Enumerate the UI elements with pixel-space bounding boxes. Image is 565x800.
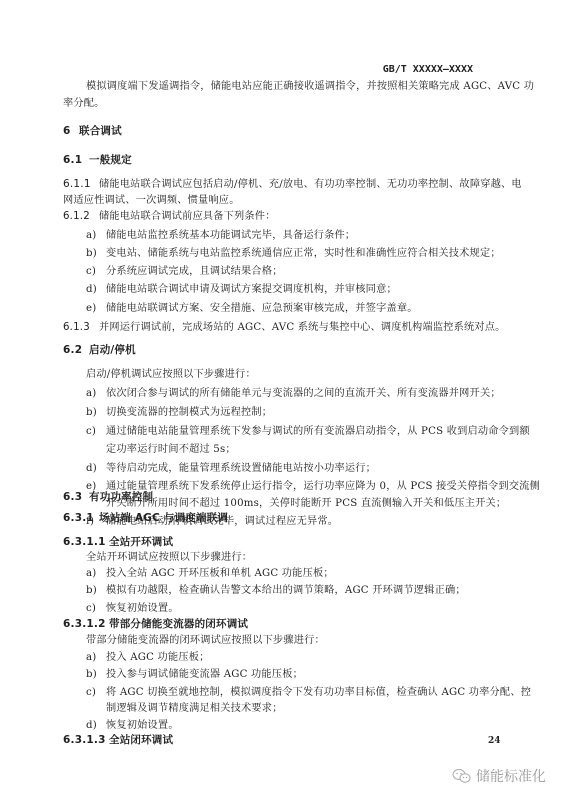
standard-code-header: GB/T XXXXX—XXXX — [383, 64, 473, 75]
list-item: e)储能电站联调试方案、安全措施、应急预案审核完成，并签字盖章。 — [86, 302, 418, 315]
list-item-cont: 定功率运行时间不超过 5s； — [106, 443, 236, 456]
list-item: d)恢复初始设置。 — [86, 719, 179, 732]
section-heading-6-1: 6.1一般规定 — [63, 154, 132, 167]
list-item: b)变电站、储能系统与电站监控系统通信应正常，实时性和准确性应符合相关技术规定； — [86, 247, 501, 260]
list-item: d)等待启动完成，能量管理系统设置储能电站按小功率运行； — [86, 462, 376, 475]
clause-text-cont: 网适应性调试、一次调频、惯量响应。 — [63, 194, 240, 207]
list-item: e)通过能量管理系统下发系统停止运行指令，运行功率应降为 0，从 PCS 接受关… — [86, 480, 540, 493]
list-item: c)将 AGC 切换至就地控制，模拟调度指令下发有功功率目标值，检查确认 AGC… — [86, 686, 531, 699]
clause-number: 6.1.1 — [63, 178, 99, 191]
list-item-cont: 开关断开所用时间不超过 100ms，关停时能断开 PCS 直流侧输入开关和低压主… — [106, 497, 506, 510]
clause-text: 并网运行调试前，完成场站的 AGC、AVC 系统与集控中心、调度机构端监控系统对… — [99, 322, 506, 333]
paragraph-line: 模拟调度端下发遥调指令，储能电站应能正确接收遥调指令，并按照相关策略完成 AGC… — [86, 80, 534, 93]
section-number: 6 — [63, 125, 79, 138]
section-heading-6-2: 6.2启动/停机 — [63, 344, 136, 357]
list-item: d)储能电站联合调试申请及调试方案提交调度机构，并审核同意； — [86, 283, 397, 296]
list-item: a)依次闭合参与调试的所有储能单元与变流器的之间的直流开关、所有变流器并网开关； — [86, 387, 501, 400]
list-item: a)储能电站监控系统基本功能调试完毕，具备运行条件； — [86, 229, 355, 242]
list-item: c)分系统应调试完成，且调试结果合格； — [86, 265, 283, 278]
paragraph-intro: 带部分储能变流器的闭环调试应按照以下步骤进行： — [86, 634, 325, 647]
clause-number: 6.1.2 — [63, 210, 99, 223]
list-item: a)投入 AGC 功能压板； — [86, 651, 209, 664]
paragraph-line: 率分配。 — [63, 97, 105, 110]
section-title: 一般规定 — [89, 154, 132, 166]
clause-number: 6.1.3 — [63, 321, 99, 334]
section-heading-6: 6联合调试 — [63, 125, 122, 138]
section-heading-6-3-1-2: 6.3.1.2带部分储能变流器的闭环调试 — [63, 618, 248, 631]
section-number: 6.1 — [63, 154, 89, 167]
list-item: c)通过储能电站能量管理系统下发参与调试的所有变流器启动指令，从 PCS 收到启… — [86, 425, 530, 438]
section-title: 启动/停机 — [89, 344, 136, 356]
wechat-icon — [452, 768, 472, 784]
section-heading-6-3-1: 6.3.1场站端 AGC 与调度端联调 — [63, 512, 228, 525]
list-item: a)投入全站 AGC 开环压板和单机 AGC 功能压板； — [86, 567, 334, 580]
list-item: c)恢复初始设置。 — [86, 602, 179, 615]
clause-6-1-1: 6.1.1储能电站联合调试应包括启动/停机、充/放电、有功功率控制、无功功率控制… — [63, 178, 522, 191]
clause-text: 储能电站联合调试应包括启动/停机、充/放电、有功功率控制、无功功率控制、故障穿越… — [99, 179, 522, 190]
list-item: b)切换变流器的控制模式为远程控制； — [86, 406, 272, 419]
list-item: b)模拟有功越限，检查确认告警文本给出的调节策略，AGC 开环调节逻辑正确； — [86, 584, 466, 597]
clause-6-1-3: 6.1.3并网运行调试前，完成场站的 AGC、AVC 系统与集控中心、调度机构端… — [63, 321, 506, 334]
watermark: 储能标准化 — [452, 766, 546, 786]
section-heading-6-3-1-1: 6.3.1.1全站开环调试 — [63, 536, 173, 549]
section-heading-6-3-1-3: 6.3.1.3全站闭环调试 — [63, 734, 173, 747]
clause-text: 储能电站联合调试前应具备下列条件： — [99, 211, 276, 222]
watermark-text: 储能标准化 — [476, 766, 546, 786]
list-item-cont: 制逻辑及调节精度满足相关技术要求； — [106, 702, 283, 715]
list-item: b)投入参与调试储能变流器 AGC 功能压板； — [86, 668, 303, 681]
paragraph-intro: 启动/停机调试应按照以下步骤进行： — [86, 368, 256, 381]
clause-6-1-2: 6.1.2储能电站联合调试前应具备下列条件： — [63, 210, 276, 223]
section-heading-6-3: 6.3有功功率控制 — [63, 491, 153, 504]
paragraph-intro: 全站开环调试应按照以下步骤进行： — [86, 551, 252, 564]
section-title: 联合调试 — [79, 125, 122, 137]
page-number: 24 — [488, 736, 501, 746]
section-number: 6.2 — [63, 344, 89, 357]
